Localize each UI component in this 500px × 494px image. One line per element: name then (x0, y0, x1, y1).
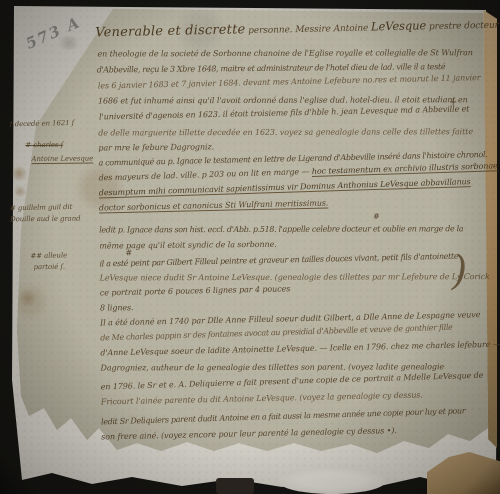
folio-number: 573 A (23, 13, 84, 53)
handwritten-line-p1-l5: 1686 et fut inhumé ainsi qu'il l'avoit o… (98, 95, 468, 105)
latin-quote-underlined-3: doctor sorbonicus et canonicus Sti Wulfr… (99, 198, 328, 212)
handwritten-line-p6-l3: ledit Sr Deliquiers parent dudit Antoine… (101, 406, 465, 426)
latin-quote-underlined-1: hoc testamentum ex archivio illustris so… (312, 161, 498, 176)
margin-note-guillaume-2: Douille aud le grand (10, 215, 80, 224)
margin-note-deceased-1621: † decedé en 1621 ſ (9, 119, 74, 128)
handwritten-line-p6-l4: son frere ainé. (voyez encore pour leur … (101, 426, 397, 441)
handwritten-line-p1-l2: en theologie de la societé de Sorbonne c… (97, 48, 472, 58)
handwritten-line-p1-l8: par mre le febure Dagrogniz. (98, 142, 214, 152)
title-personne: personne. Messire Antoine (245, 23, 371, 36)
handwritten-line-p5-l4: Dagrogniez, autheur de la genealogie des… (101, 362, 445, 372)
entry-title-line: Venerable et discrette personne. Messire… (95, 17, 499, 41)
handwritten-line-p6-l2: Fricourt l'ainée parente du dit Antoine … (101, 390, 423, 406)
torn-edge-white-paper (278, 468, 386, 494)
margin-note-antoine-levesque: Antoine Levesque (31, 155, 93, 164)
cross-mark: + (449, 97, 457, 108)
margin-note-guillaume-1: # guillelm guil dit (10, 203, 73, 212)
handwritten-line-p1-l6: l'université d'agenois en 1623. il étoit… (99, 104, 469, 121)
handwritten-line-p4-l1: il a esté peint par Gilbert Filleul pein… (99, 252, 458, 269)
title-prestre: prestre docteur (426, 21, 499, 33)
handwriting-layer: 573 A Venerable et discrette personne. M… (0, 0, 500, 494)
line-p2-l2-plain: des mayeurs de lad. ville. p 203 ou on l… (99, 167, 312, 183)
hash-mark-peint: # (125, 248, 132, 257)
handwritten-line-p3-l1: ledit p. Ignace dans son hist. eccl. d'A… (99, 224, 463, 234)
handwritten-line-p4-l3: ce portrait porte 6 pouces 6 lignes par … (100, 284, 291, 297)
handwritten-line-p4-l4: 8 lignes. (100, 303, 134, 312)
handwritten-line-p4-l2: LeVesque niece dudit Sr Antoine LeVesque… (100, 272, 490, 282)
margin-note-charles: # charles ſ (25, 141, 63, 149)
large-closing-brace: ) (451, 248, 467, 294)
title-levesque-name: LeVesque (371, 18, 426, 33)
manuscript-scan: 573 A Venerable et discrette personne. M… (0, 0, 500, 494)
handwritten-line-p1-l4: les 6 janvier 1683 et 7 janvier 1684. de… (98, 73, 481, 90)
margin-note-alleule-2: partoié ſ. (34, 263, 66, 271)
torn-edge-dark-gap (216, 478, 254, 494)
margin-note-alleule-1: ## alleule (30, 251, 67, 260)
title-venerable: Venerable et discrette (95, 22, 245, 40)
handwritten-line-p1-l3: d'Abbeville, reçu le 3 Xbre 1648, maitre… (97, 62, 446, 74)
handwritten-line-p5-l3: d'Anne LeVesque soeur de ladite Antoinet… (100, 340, 500, 358)
handwritten-line-p1-l7: de delle marguerite tillette decedée en … (98, 127, 473, 137)
hash-mark-docteur: # (373, 212, 380, 221)
handwritten-line-p6-l1: en 1796. le Sr et e. A. Deliquierre a fa… (101, 371, 484, 392)
